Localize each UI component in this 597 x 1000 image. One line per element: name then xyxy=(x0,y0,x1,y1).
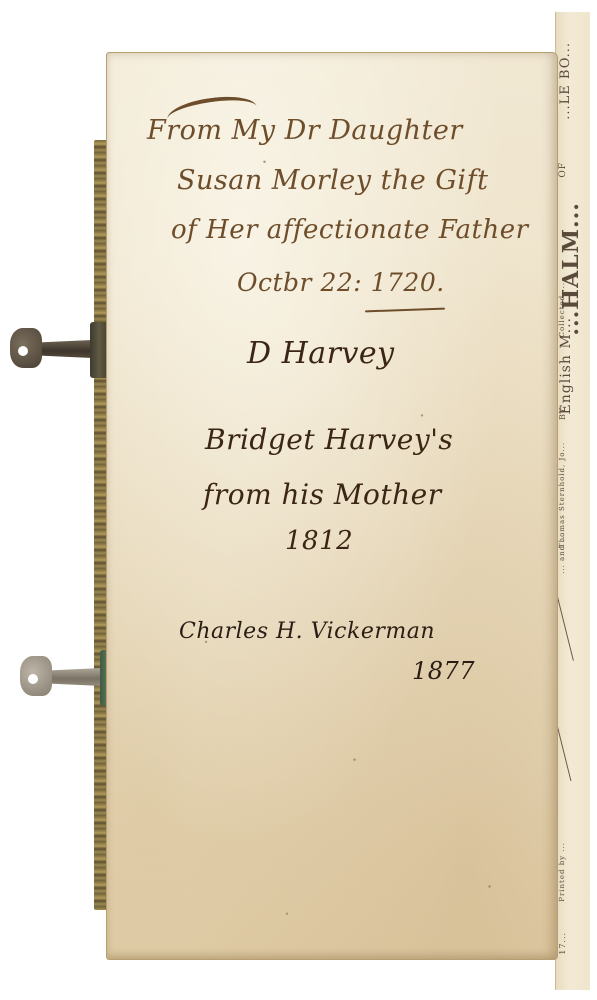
flyleaf-page: From My Dr Daughter Susan Morley the Gif… xyxy=(106,52,558,960)
title-fragment-by: BY xyxy=(558,407,590,420)
inscription-1720-line-1: From My Dr Daughter xyxy=(147,115,463,146)
upper-clasp xyxy=(10,322,110,378)
title-fragment-date: 17... xyxy=(558,932,590,955)
title-fragment-and: ... and ... xyxy=(558,532,590,574)
inscription-1877-date: 1877 xyxy=(412,657,475,685)
clasp-head xyxy=(10,328,42,368)
ink-underline xyxy=(365,308,445,313)
inscription-d-harvey: D Harvey xyxy=(247,336,395,371)
clasp-hole xyxy=(28,674,38,684)
inscription-1720-line-2: Susan Morley the Gift xyxy=(177,165,488,196)
inscription-1812-line-1: Bridget Harvey's xyxy=(205,423,453,456)
lower-clasp xyxy=(20,650,120,706)
title-fragment-of: OF xyxy=(558,162,590,178)
title-fragment-printed: Printed by ... xyxy=(558,842,590,902)
title-fragment-heading: ...LE BO... xyxy=(558,42,590,120)
inscription-1720-date: Octbr 22: 1720. xyxy=(237,268,445,297)
inscription-1812-line-2: from his Mother xyxy=(203,478,442,511)
inscription-1877-name: Charles H. Vickerman xyxy=(179,619,435,644)
inscription-1720-line-3: of Her affectionate Father xyxy=(171,215,529,245)
clasp-hole xyxy=(18,346,28,356)
title-page-edge: ...LE BO... OF ...HALM... Collected ... … xyxy=(555,12,590,990)
clasp-head xyxy=(20,656,52,696)
title-fragment-english: English M... xyxy=(558,317,590,415)
inscription-1812-date: 1812 xyxy=(285,526,353,556)
